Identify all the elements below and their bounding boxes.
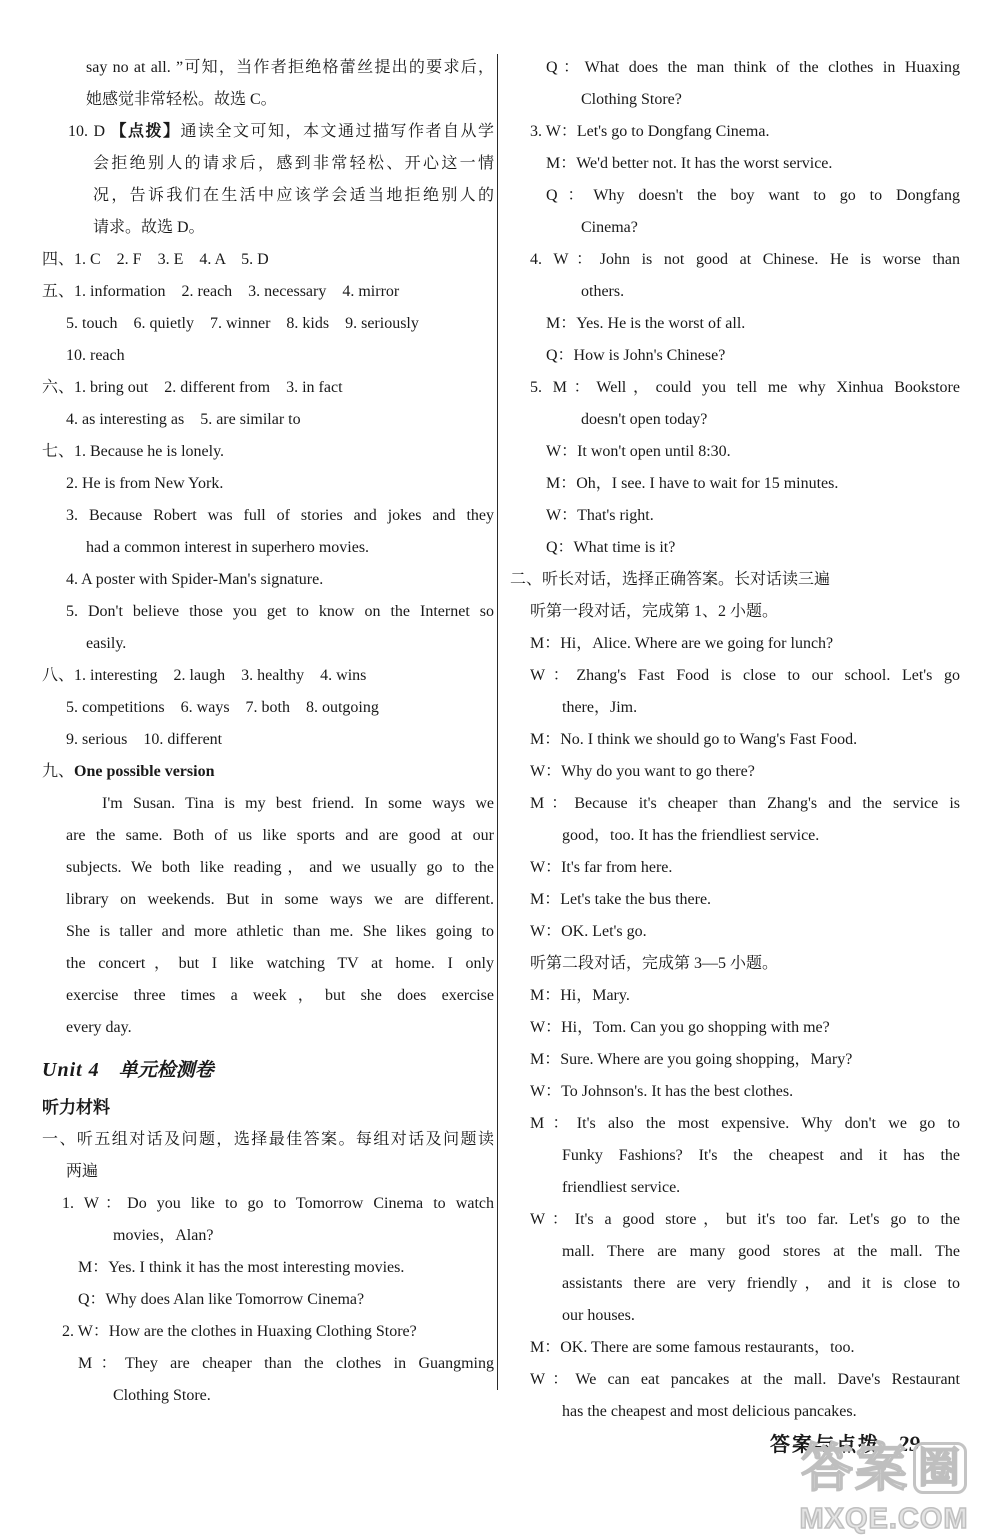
text-line: subjects. We both like reading，and we us… <box>42 852 494 884</box>
watermark-brand-boxed-char: 圈 <box>913 1442 967 1494</box>
text-line: Cinema? <box>510 212 960 244</box>
text-line: M：Let's take the bus there. <box>510 884 960 916</box>
text-line: M：Oh，I see. I have to wait for 15 minute… <box>510 468 960 500</box>
text-line: M：OK. There are some famous restaurants，… <box>510 1332 960 1364</box>
text-line: 2. He is from New York. <box>42 468 494 500</box>
text-line: She is taller and more athletic than me.… <box>42 916 494 948</box>
text-line: M：Hi，Mary. <box>510 980 960 1012</box>
text-line: 况，告诉我们在生活中应该学会适当地拒绝别人的 <box>42 180 494 212</box>
text-line: 八、1. interesting 2. laugh 3. healthy 4. … <box>42 660 494 692</box>
text-line: 七、1. Because he is lonely. <box>42 436 494 468</box>
text-line: 二、听长对话，选择正确答案。长对话读三遍 <box>510 564 960 596</box>
text-line: has the cheapest and most delicious panc… <box>510 1396 960 1428</box>
text-line: 听第二段对话，完成第 3—5 小题。 <box>510 948 960 980</box>
text-line: good，too. It has the friendliest service… <box>510 820 960 852</box>
text-line: M：They are cheaper than the clothes in G… <box>42 1348 494 1380</box>
text-line: Q：What does the man think of the clothes… <box>510 52 960 84</box>
text-line: 五、1. information 2. reach 3. necessary 4… <box>42 276 494 308</box>
text-line: M：Hi，Alice. Where are we going for lunch… <box>510 628 960 660</box>
text-line: there，Jim. <box>510 692 960 724</box>
text-line: 一、听五组对话及问题，选择最佳答案。每组对话及问题读 <box>42 1124 494 1156</box>
text-line: W：That's right. <box>510 500 960 532</box>
text-line: the concert，but I like watching TV at ho… <box>42 948 494 980</box>
text-line: 她感觉非常轻松。故选 C。 <box>42 84 494 116</box>
text-line: Clothing Store. <box>42 1380 494 1412</box>
watermark-site: MXQE.COM <box>784 1502 984 1536</box>
text-line: W：We can eat pancakes at the mall. Dave'… <box>510 1364 960 1396</box>
text-line: others. <box>510 276 960 308</box>
text-line: 5. M：Well，could you tell me why Xinhua B… <box>510 372 960 404</box>
text-line: 请求。故选 D。 <box>42 212 494 244</box>
text-line: easily. <box>42 628 494 660</box>
text-line: Clothing Store? <box>510 84 960 116</box>
text-line: M：It's also the most expensive. Why don'… <box>510 1108 960 1140</box>
text-line: assistants there are very friendly，and i… <box>510 1268 960 1300</box>
text-line: W：To Johnson's. It has the best clothes. <box>510 1076 960 1108</box>
text-line: W：It won't open until 8:30. <box>510 436 960 468</box>
text-line: M：Sure. Where are you going shopping，Mar… <box>510 1044 960 1076</box>
page-number: 29 <box>898 1431 920 1456</box>
answer-book-page: say no at all. ”可知，当作者拒绝格蕾丝提出的要求后，她感觉非常轻… <box>0 0 992 1536</box>
text-line: 10. D 【点拨】通读全文可知，本文通过描写作者自从学 <box>42 116 494 148</box>
text-line: W：Zhang's Fast Food is close to our scho… <box>510 660 960 692</box>
text-line: Q：Why does Alan like Tomorrow Cinema? <box>42 1284 494 1316</box>
text-line: Unit 4 单元检测卷 <box>42 1054 494 1088</box>
column-divider <box>497 54 498 1390</box>
text-line: 会拒绝别人的请求后，感到非常轻松、开心这一情 <box>42 148 494 180</box>
text-line: 两遍 <box>42 1156 494 1188</box>
text-line: Q：What time is it? <box>510 532 960 564</box>
text-line: W：Hi，Tom. Can you go shopping with me? <box>510 1012 960 1044</box>
left-column: say no at all. ”可知，当作者拒绝格蕾丝提出的要求后，她感觉非常轻… <box>42 52 494 1412</box>
text-line: 5. competitions 6. ways 7. both 8. outgo… <box>42 692 494 724</box>
text-line: M：Yes. He is the worst of all. <box>510 308 960 340</box>
text-line: 1. W：Do you like to go to Tomorrow Cinem… <box>42 1188 494 1220</box>
text-line: M：We'd better not. It has the worst serv… <box>510 148 960 180</box>
text-line: W：It's a good store，but it's too far. Le… <box>510 1204 960 1236</box>
page-footer: 答案与点拨29 <box>770 1428 920 1457</box>
text-line: 5. Don't believe those you get to know o… <box>42 596 494 628</box>
text-line: I'm Susan. Tina is my best friend. In so… <box>42 788 494 820</box>
text-line: M：Yes. I think it has the most interesti… <box>42 1252 494 1284</box>
text-line: Q：How is John's Chinese? <box>510 340 960 372</box>
text-line: M：Because it's cheaper than Zhang's and … <box>510 788 960 820</box>
text-line: 9. serious 10. different <box>42 724 494 756</box>
text-line: 九、One possible version <box>42 756 494 788</box>
text-line: 4. A poster with Spider-Man's signature. <box>42 564 494 596</box>
text-line: 5. touch 6. quietly 7. winner 8. kids 9.… <box>42 308 494 340</box>
text-line: W：OK. Let's go. <box>510 916 960 948</box>
text-line: every day. <box>42 1012 494 1044</box>
text-line: W：It's far from here. <box>510 852 960 884</box>
text-line: 听力材料 <box>42 1092 494 1124</box>
text-line: 四、1. C 2. F 3. E 4. A 5. D <box>42 244 494 276</box>
text-line: our houses. <box>510 1300 960 1332</box>
text-line: Funky Fashions? It's the cheapest and it… <box>510 1140 960 1172</box>
text-line: M：No. I think we should go to Wang's Fas… <box>510 724 960 756</box>
text-line: library on weekends. But in some ways we… <box>42 884 494 916</box>
footer-title: 答案与点拨 <box>770 1434 880 1456</box>
text-line: friendliest service. <box>510 1172 960 1204</box>
text-line: W：Why do you want to go there? <box>510 756 960 788</box>
text-line: 听第一段对话，完成第 1、2 小题。 <box>510 596 960 628</box>
text-line: 2. W：How are the clothes in Huaxing Clot… <box>42 1316 494 1348</box>
text-line: 10. reach <box>42 340 494 372</box>
right-column: Q：What does the man think of the clothes… <box>510 52 960 1428</box>
text-line: 4. as interesting as 5. are similar to <box>42 404 494 436</box>
text-line: had a common interest in superhero movie… <box>42 532 494 564</box>
text-line: Q：Why doesn't the boy want to go to Dong… <box>510 180 960 212</box>
text-line: 六、1. bring out 2. different from 3. in f… <box>42 372 494 404</box>
text-line: are the same. Both of us like sports and… <box>42 820 494 852</box>
text-line: 3. W：Let's go to Dongfang Cinema. <box>510 116 960 148</box>
text-line: movies，Alan? <box>42 1220 494 1252</box>
text-line: doesn't open today? <box>510 404 960 436</box>
text-line: say no at all. ”可知，当作者拒绝格蕾丝提出的要求后， <box>42 52 494 84</box>
text-line: mall. There are many good stores at the … <box>510 1236 960 1268</box>
text-line: 4. W：John is not good at Chinese. He is … <box>510 244 960 276</box>
text-line: exercise three times a week，but she does… <box>42 980 494 1012</box>
text-line: 3. Because Robert was full of stories an… <box>42 500 494 532</box>
